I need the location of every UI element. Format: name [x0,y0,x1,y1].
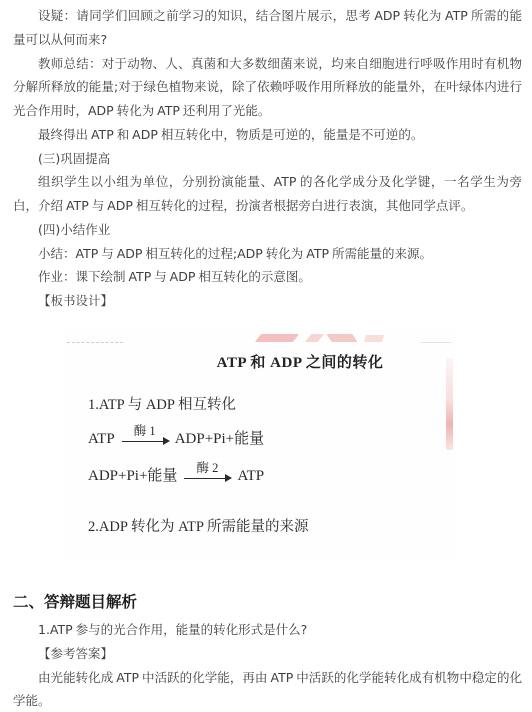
paragraph-roleplay-activity: 组织学生以小组为单位，分别扮演能量、ATP 的各化学成分及化学键，一名学生为旁白… [13,170,522,218]
reactant: ADP+Pi+能量 [88,464,177,485]
reactant: ATP [88,431,115,448]
board-design-image: ATP 和 ADP 之间的转化 1.ATP 与 ADP 相互转化 ATP 酶 1… [65,330,455,558]
board-item-2: 2.ADP 转化为 ATP 所需能量的来源 [88,515,308,536]
paragraph-summary: 小结：ATP 与 ADP 相互转化的过程;ADP 转化为 ATP 所需能量的来源… [13,242,522,266]
scan-artifact-line [420,342,452,343]
product: ATP [237,468,264,485]
paragraph-homework: 作业：课下绘制 ATP 与 ADP 相互转化的示意图。 [13,265,522,289]
reaction-arrow: 酶 1 [122,425,168,448]
watermark-fragment [327,334,358,342]
paragraph-teacher-summary: 教师总结：对于动物、人、真菌和大多数细菌来说，均来自细胞进行呼吸作用时有机物分解… [13,52,522,123]
enzyme-label: 酶 1 [134,425,156,438]
paragraph-section-consolidate: (三)巩固提高 [13,147,522,171]
board-item-1: 1.ATP 与 ADP 相互转化 [88,393,236,414]
reference-answer: 由光能转化成 ATP 中活跃的化学能，再由 ATP 中活跃的化学能转化成有机物中… [13,666,522,712]
paragraph-board-design-label: 【板书设计】 [13,289,522,313]
reference-answer-label: 【参考答案】 [13,642,522,666]
right-arrow-icon [122,441,168,442]
defense-question: 1.ATP 参与的光合作用，能量的转化形式是什么? [13,618,522,642]
paragraph-question-setup: 设疑：请同学们回顾之前学习的知识，结合图片展示，思考 ADP 转化为 ATP 所… [13,4,522,52]
reaction-atp-synthesis: ADP+Pi+能量 酶 2 ATP [88,462,264,485]
watermark-fragment [364,335,385,342]
reaction-atp-hydrolysis: ATP 酶 1 ADP+Pi+能量 [88,425,264,448]
defense-analysis-section: 二、答辩题目解析 1.ATP 参与的光合作用，能量的转化形式是什么? 【参考答案… [13,592,522,712]
reaction-arrow: 酶 2 [184,462,230,485]
lesson-steps-section: 设疑：请同学们回顾之前学习的知识，结合图片展示，思考 ADP 转化为 ATP 所… [13,4,522,330]
right-arrow-icon [184,478,230,479]
board-title: ATP 和 ADP 之间的转化 [145,351,455,372]
scan-artifact-dashed-line [67,342,123,343]
section-heading: 二、答辩题目解析 [13,592,522,612]
paragraph-section-summary-homework: (四)小结作业 [13,218,522,242]
watermark-fragment [255,334,299,342]
paragraph-conclusion: 最终得出 ATP 和 ADP 相互转化中，物质是可逆的，能量是不可逆的。 [13,123,522,147]
product: ADP+Pi+能量 [175,427,264,448]
watermark-fragment [305,334,324,342]
enzyme-label: 酶 2 [196,462,218,475]
